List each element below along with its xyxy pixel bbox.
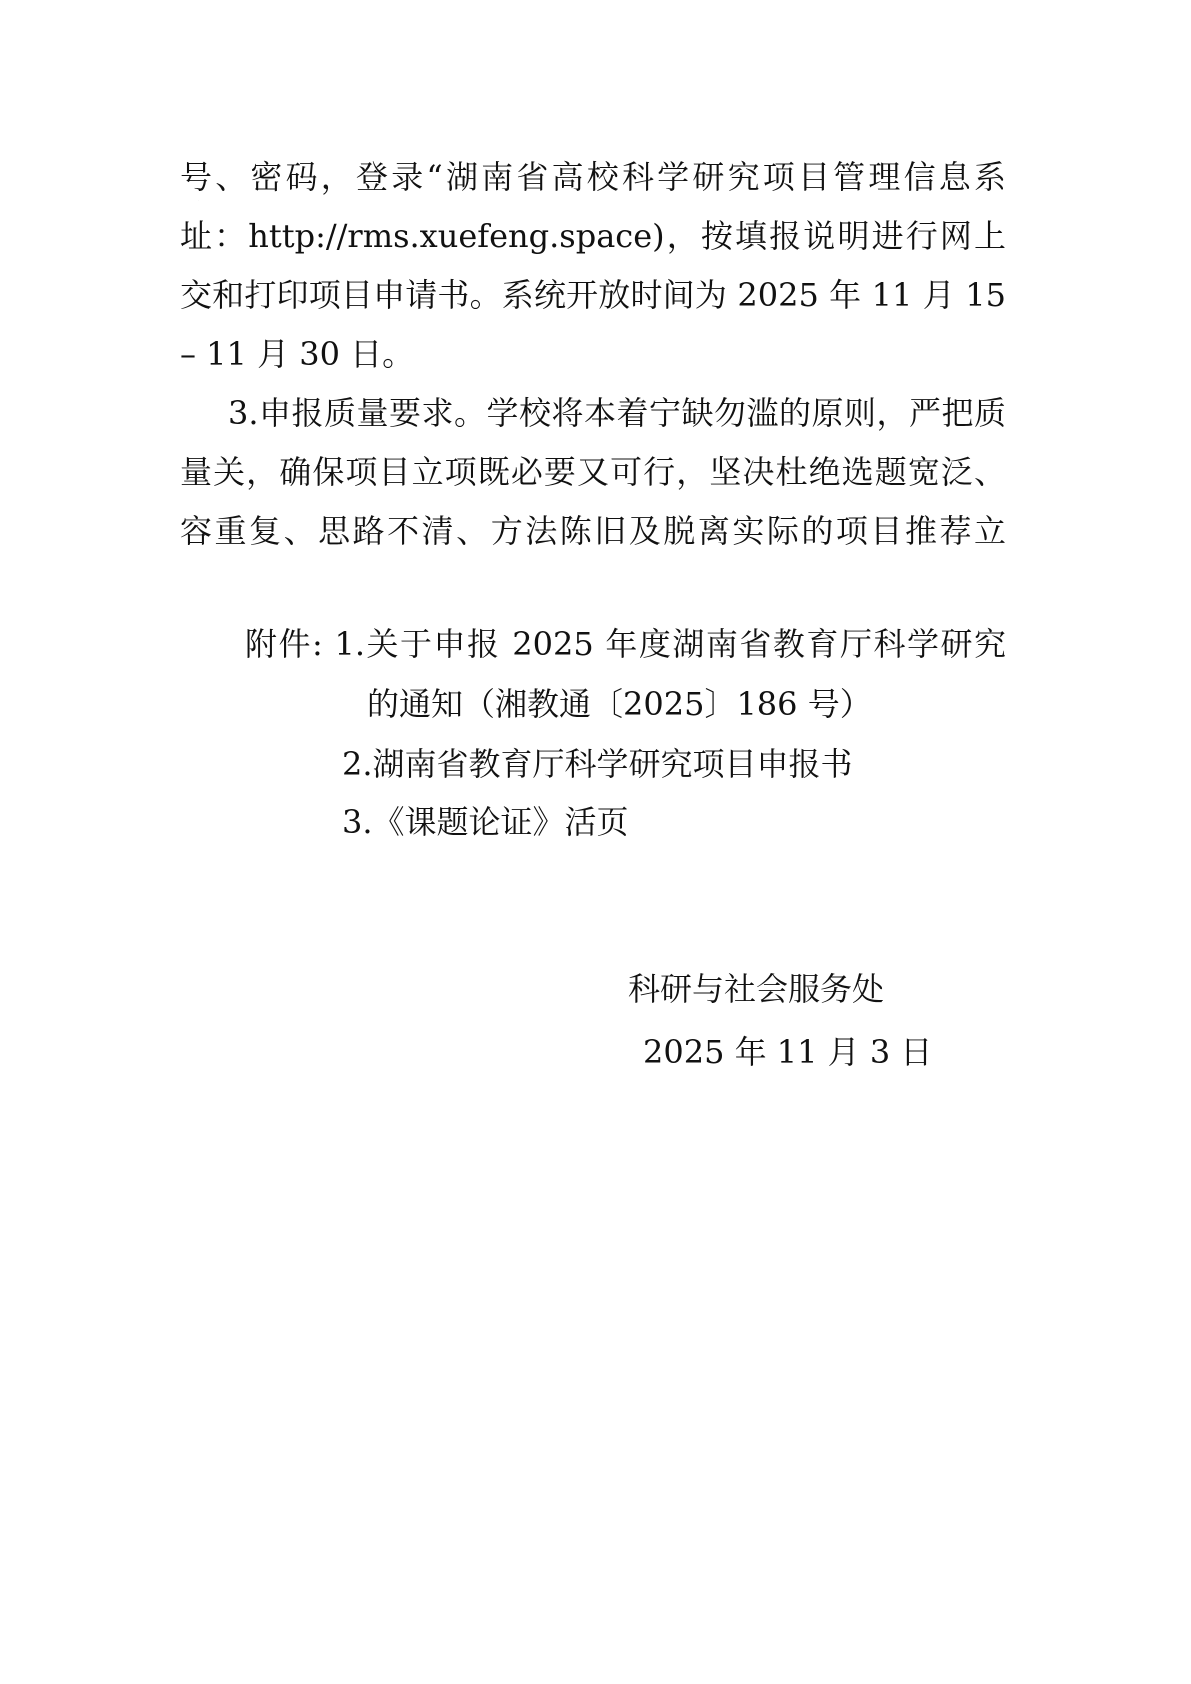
paragraph-system-login-line-3: 交和打印项目申请书。系统开放时间为 2025 年 11 月 15 日	[180, 275, 1006, 319]
signature-department: 科研与社会服务处	[628, 969, 884, 1009]
attachments-heading-item-1-line-1: 附件: 1.关于申报 2025 年度湖南省教育厅科学研究项目	[245, 624, 1006, 668]
attachments-item-3: 3.《课题论证》活页	[342, 802, 629, 842]
attachments-item-1-line-2: 的通知（湘教通〔2025〕186 号）	[367, 684, 872, 724]
paragraph-quality-requirements-line-2: 量关，确保项目立项既必要又可行，坚决杜绝选题宽泛、内	[180, 452, 1006, 496]
document-page: 号、密码，登录“湖南省高校科学研究项目管理信息系统”(网 址：http://rm…	[0, 0, 1191, 1684]
attachments-item-2: 2.湖南省教育厅科学研究项目申报书	[342, 744, 853, 784]
paragraph-quality-requirements-line-1: 3.申报质量要求。学校将本着宁缺勿滥的原则，严把质	[228, 393, 1006, 433]
signature-date: 2025 年 11 月 3 日	[643, 1032, 932, 1072]
paragraph-system-login-line-2: 址：http://rms.xuefeng.space)，按填报说明进行网上填报、…	[180, 216, 1006, 260]
paragraph-quality-requirements-line-3: 容重复、思路不清、方法陈旧及脱离实际的项目推荐立项。	[180, 511, 1006, 555]
paragraph-system-login-line-1: 号、密码，登录“湖南省高校科学研究项目管理信息系统”(网	[180, 157, 1006, 201]
paragraph-system-login-line-4: – 11 月 30 日。	[180, 334, 414, 374]
